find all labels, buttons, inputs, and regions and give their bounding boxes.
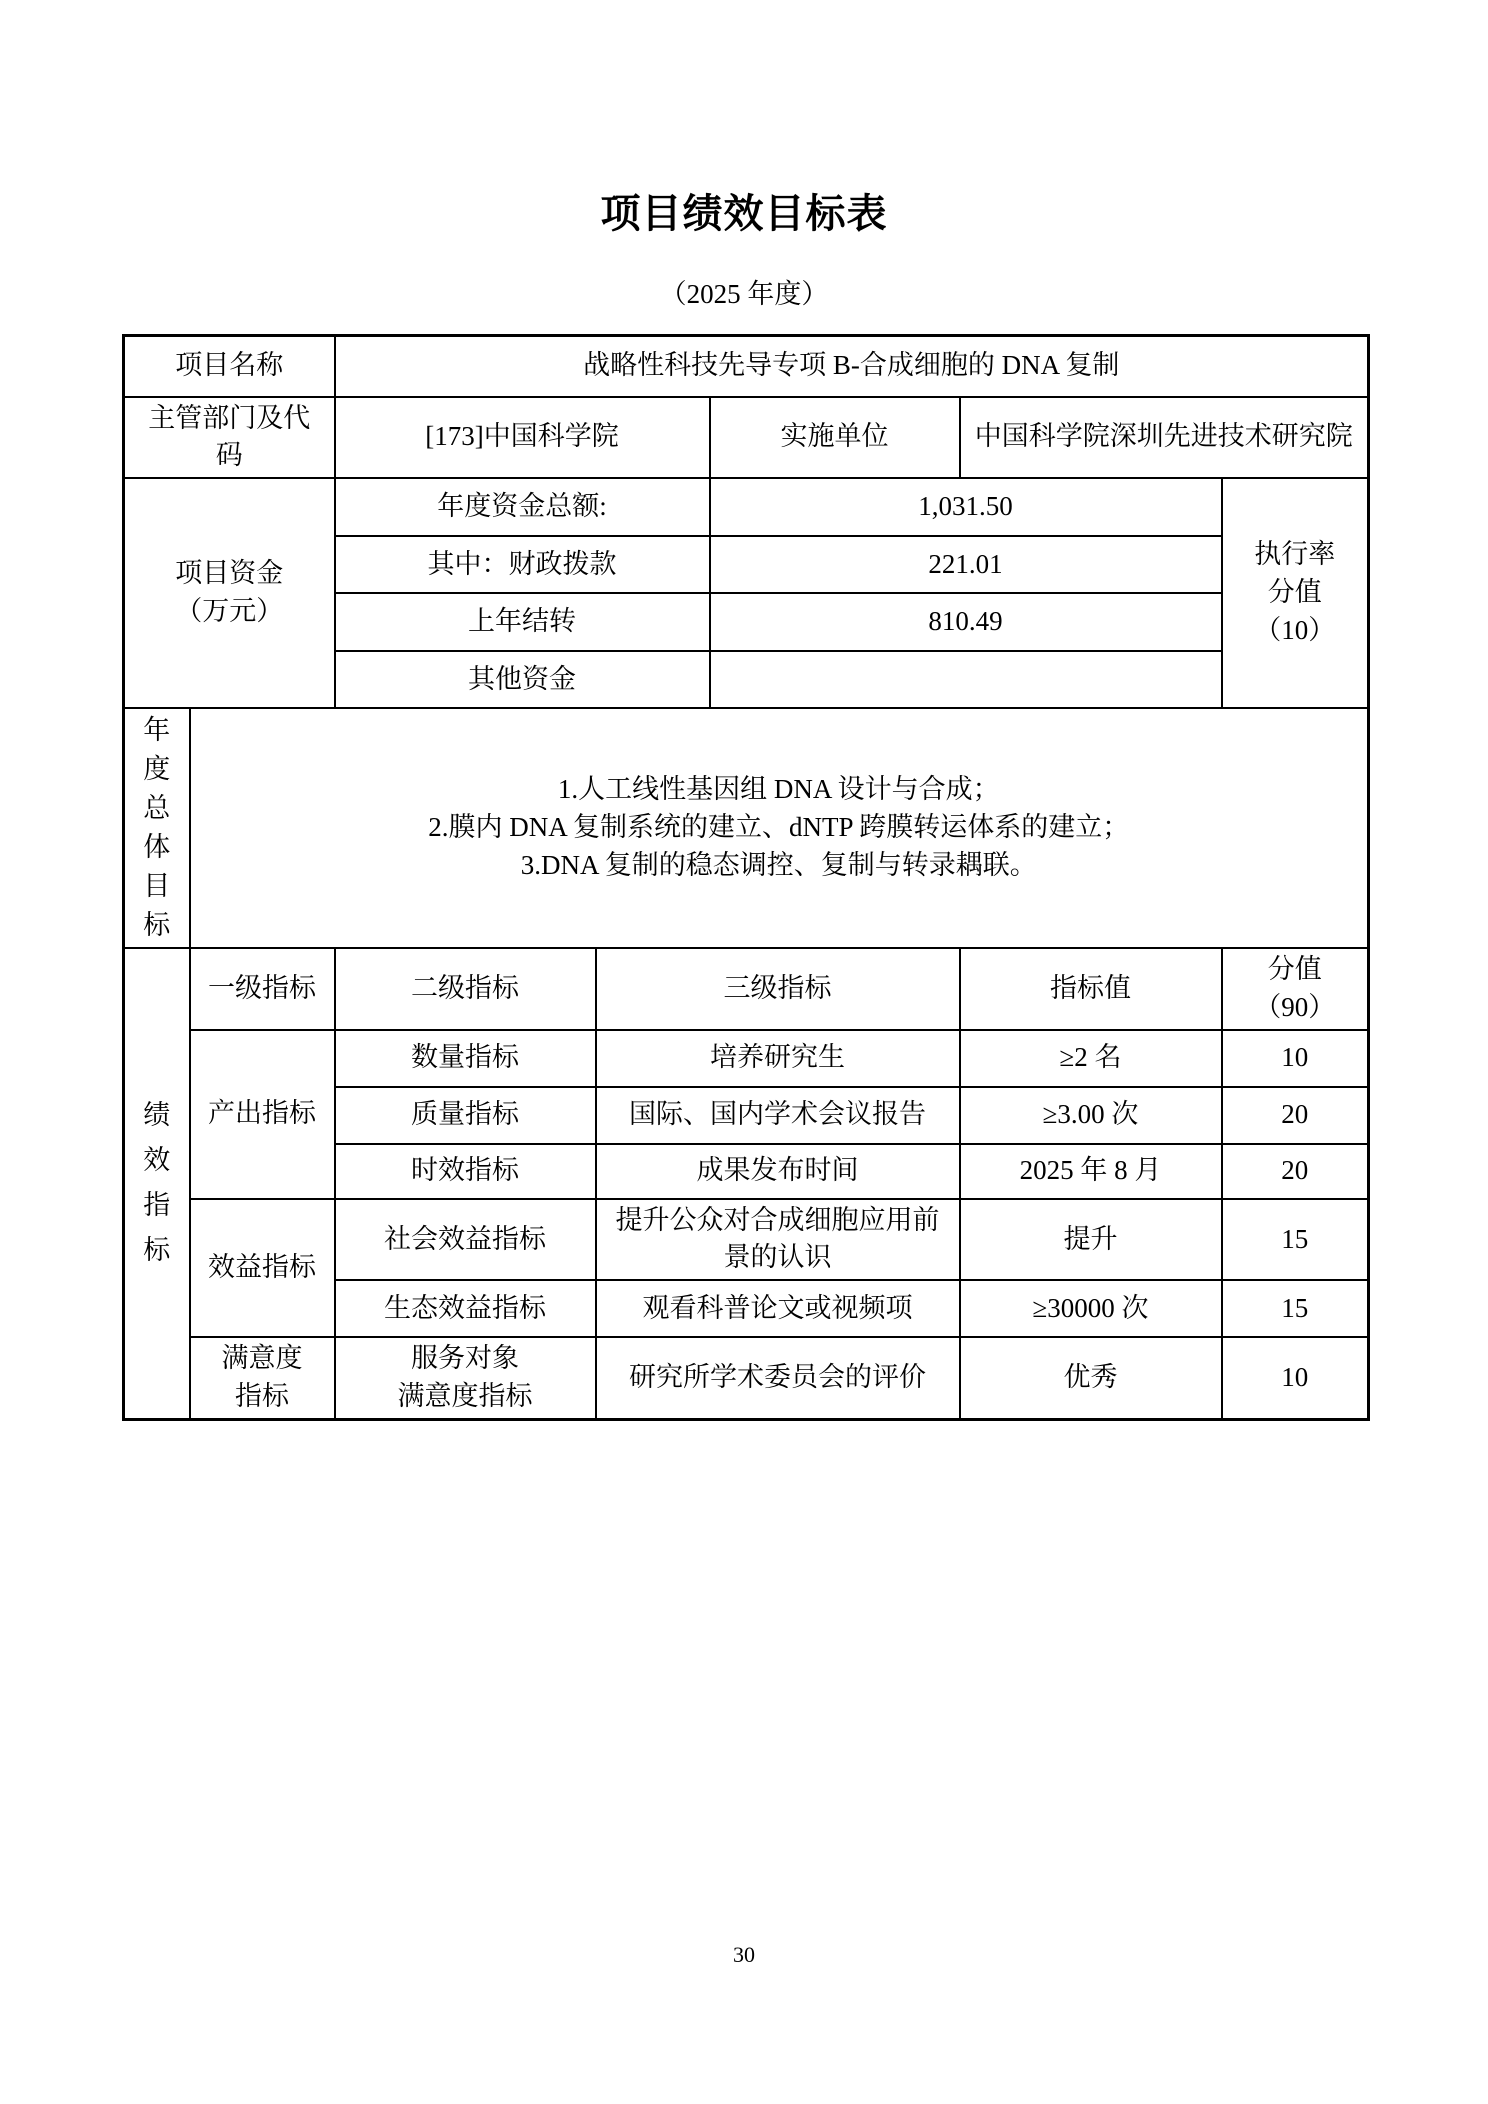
annual-target-label: 年度总体目标 [124, 708, 190, 948]
annual-target-line-2: 2.膜内 DNA 复制系统的建立、dNTP 跨膜转运体系的建立； [201, 809, 1358, 847]
group-benefit-label: 效益指标 [190, 1199, 335, 1338]
funding-label: 项目资金 （万元） [124, 478, 335, 708]
page-title: 项目绩效目标表 [0, 182, 1488, 239]
indicator-level3: 培养研究生 [596, 1030, 960, 1087]
indicator-level2: 社会效益指标 [335, 1199, 596, 1281]
indicator-level2: 数量指标 [335, 1030, 596, 1087]
annual-target-line-3: 3.DNA 复制的稳态调控、复制与转录耦联。 [201, 847, 1358, 885]
department-label: 主管部门及代码 [124, 397, 335, 479]
indicator-score: 20 [1222, 1087, 1369, 1144]
funding-other-value [710, 651, 1222, 708]
indicator-value: ≥2 名 [960, 1030, 1222, 1087]
page-subtitle: （2025 年度） [0, 272, 1488, 311]
indicator-level2: 生态效益指标 [335, 1280, 596, 1337]
indicator-level2: 质量指标 [335, 1087, 596, 1144]
indicator-score: 10 [1222, 1030, 1369, 1087]
header-level3: 三级指标 [596, 948, 960, 1030]
indicator-value: ≥30000 次 [960, 1280, 1222, 1337]
indicator-level3: 国际、国内学术会议报告 [596, 1087, 960, 1144]
indicator-score: 10 [1222, 1337, 1369, 1419]
indicator-value: 2025 年 8 月 [960, 1144, 1222, 1199]
funding-total-label: 年度资金总额: [335, 478, 710, 536]
performance-indicators-label: 绩效指标 [124, 948, 190, 1419]
indicator-level3: 观看科普论文或视频项 [596, 1280, 960, 1337]
impl-unit-value: 中国科学院深圳先进技术研究院 [960, 397, 1369, 479]
performance-target-table: 项目名称 战略性科技先导专项 B-合成细胞的 DNA 复制 主管部门及代码 [1… [122, 334, 1370, 1421]
group-output-label: 产出指标 [190, 1030, 335, 1199]
indicator-value: 优秀 [960, 1337, 1222, 1419]
indicator-value: ≥3.00 次 [960, 1087, 1222, 1144]
execution-rate-score-label: 执行率 分值 （10） [1222, 478, 1369, 708]
table-row: 效益指标 社会效益指标 提升公众对合成细胞应用前景的认识 提升 15 [124, 1199, 1369, 1281]
funding-total-value: 1,031.50 [710, 478, 1222, 536]
page-number: 30 [0, 1942, 1488, 1968]
header-level2: 二级指标 [335, 948, 596, 1030]
header-score: 分值 （90） [1222, 948, 1369, 1030]
project-name-label: 项目名称 [124, 336, 335, 397]
funding-carryover-label: 上年结转 [335, 593, 710, 651]
document-page: 项目绩效目标表 （2025 年度） 项目名称 战略性科技先导专项 B-合成细胞的… [0, 0, 1488, 2104]
indicator-level2: 时效指标 [335, 1144, 596, 1199]
annual-target-line-1: 1.人工线性基因组 DNA 设计与合成； [201, 771, 1358, 809]
funding-carryover-value: 810.49 [710, 593, 1222, 651]
funding-fiscal-label: 其中：财政拨款 [335, 536, 710, 593]
indicator-score: 15 [1222, 1280, 1369, 1337]
annual-target-content: 1.人工线性基因组 DNA 设计与合成； 2.膜内 DNA 复制系统的建立、dN… [190, 708, 1369, 948]
project-name-value: 战略性科技先导专项 B-合成细胞的 DNA 复制 [335, 336, 1369, 397]
indicator-level3: 提升公众对合成细胞应用前景的认识 [596, 1199, 960, 1281]
indicator-score: 20 [1222, 1144, 1369, 1199]
group-satisfaction-label: 满意度 指标 [190, 1337, 335, 1419]
funding-other-label: 其他资金 [335, 651, 710, 708]
department-value: [173]中国科学院 [335, 397, 710, 479]
funding-fiscal-value: 221.01 [710, 536, 1222, 593]
header-value: 指标值 [960, 948, 1222, 1030]
header-level1: 一级指标 [190, 948, 335, 1030]
indicator-value: 提升 [960, 1199, 1222, 1281]
indicator-score: 15 [1222, 1199, 1369, 1281]
impl-unit-label: 实施单位 [710, 397, 960, 479]
indicator-level3: 研究所学术委员会的评价 [596, 1337, 960, 1419]
table-row: 产出指标 数量指标 培养研究生 ≥2 名 10 [124, 1030, 1369, 1087]
table-row: 满意度 指标 服务对象 满意度指标 研究所学术委员会的评价 优秀 10 [124, 1337, 1369, 1419]
indicator-level2: 服务对象 满意度指标 [335, 1337, 596, 1419]
indicator-level3: 成果发布时间 [596, 1144, 960, 1199]
